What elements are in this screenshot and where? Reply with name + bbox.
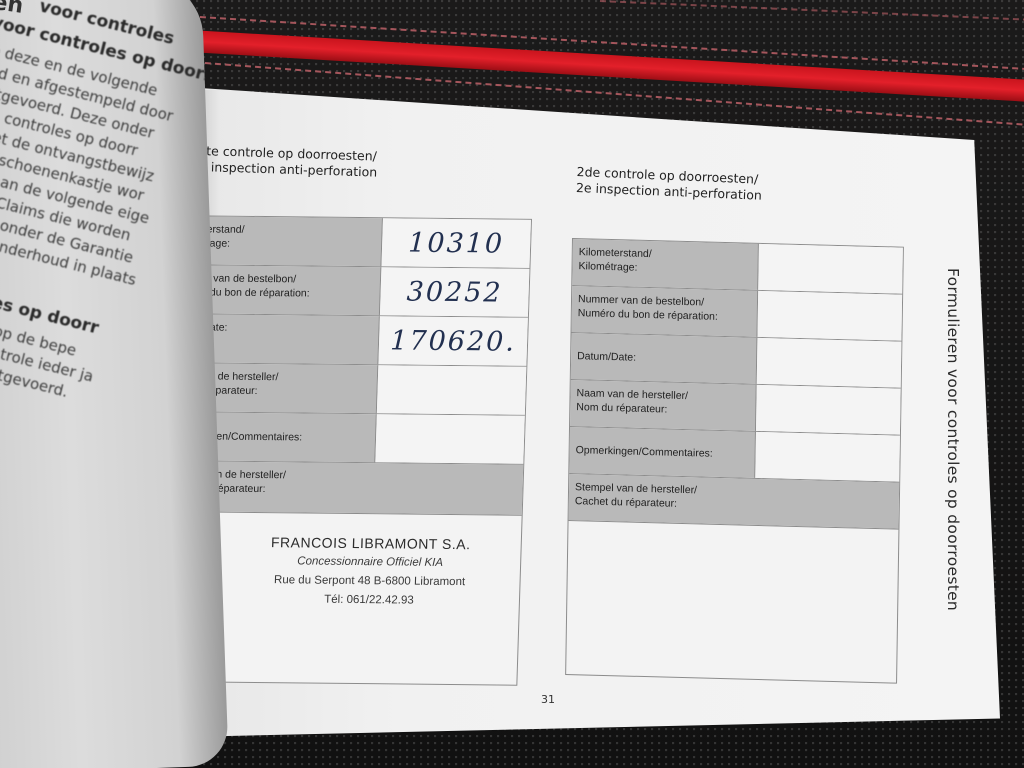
repairer-name-field[interactable] [756,385,901,435]
dealer-subtitle: Concessionnaire Officiel KIA [250,552,491,574]
form-row-order-number: Nummer van de bestelbon/Numéro du bon de… [572,286,903,342]
form-row-date: Datum/Date: [571,333,902,389]
inspection-1-heading: ste controle op doorroesten/ e inspectio… [199,143,378,181]
page-number: 31 [541,693,555,706]
comments-field[interactable] [375,414,524,464]
row-label: Nummer van de bestelbon/Numéro du bon de… [572,286,759,337]
form-row-stamp-label: Stempel van de hersteller/Cachet du répa… [569,474,900,530]
mileage-field[interactable]: 10310 [381,218,530,268]
form-row-comments: Opmerkingen/Commentaires: [569,427,900,483]
repairer-name-field[interactable] [377,365,526,415]
row-label: Naam van de hersteller/Nom du réparateur… [570,380,757,431]
dealer-name: FRANCOIS LIBRAMONT S.A. [250,533,491,555]
date-field[interactable] [757,338,902,388]
side-section-title: Formulieren voor controles op doorroeste… [944,268,962,611]
form-row-repairer-name: Naam van de hersteller/Nom du réparateur… [570,380,901,436]
row-label: Opmerkingen/Commentaires: [569,427,756,478]
booklet-left-page-curl: esten voor controles n voor controles op… [0,0,229,768]
form-row-mileage: Kilometerstand/Kilométrage: [572,239,903,295]
form-row-mileage: Kilometerstand/Kilométrage: 10310 [164,216,531,269]
row-label: Kilometerstand/Kilométrage: [572,239,759,290]
stamp-area[interactable] [566,521,898,680]
row-label: Stempel van de hersteller/Cachet du répa… [569,474,900,529]
mileage-field[interactable] [758,244,903,294]
row-label: Datum/Date: [571,333,758,384]
form-row-order-number: Nummer van de bestelbon/Numéro du bon de… [163,265,530,318]
form-row-date: Datum/Date: 170620. [161,314,528,367]
dealer-phone: Tél: 061/22.42.93 [249,590,490,612]
order-number-field[interactable]: 30252 [380,267,529,317]
left-page-text: voor controles n voor controles op doorr… [0,0,229,427]
order-number-field[interactable] [757,291,902,341]
inspection-2-form: Kilometerstand/Kilométrage: Nummer van d… [565,238,904,684]
dealer-address: Rue du Serpont 48 B-6800 Libramont [249,571,490,593]
dealer-stamp: FRANCOIS LIBRAMONT S.A. Concessionnaire … [249,533,491,611]
comments-field[interactable] [755,432,900,482]
date-field[interactable]: 170620. [378,316,527,366]
